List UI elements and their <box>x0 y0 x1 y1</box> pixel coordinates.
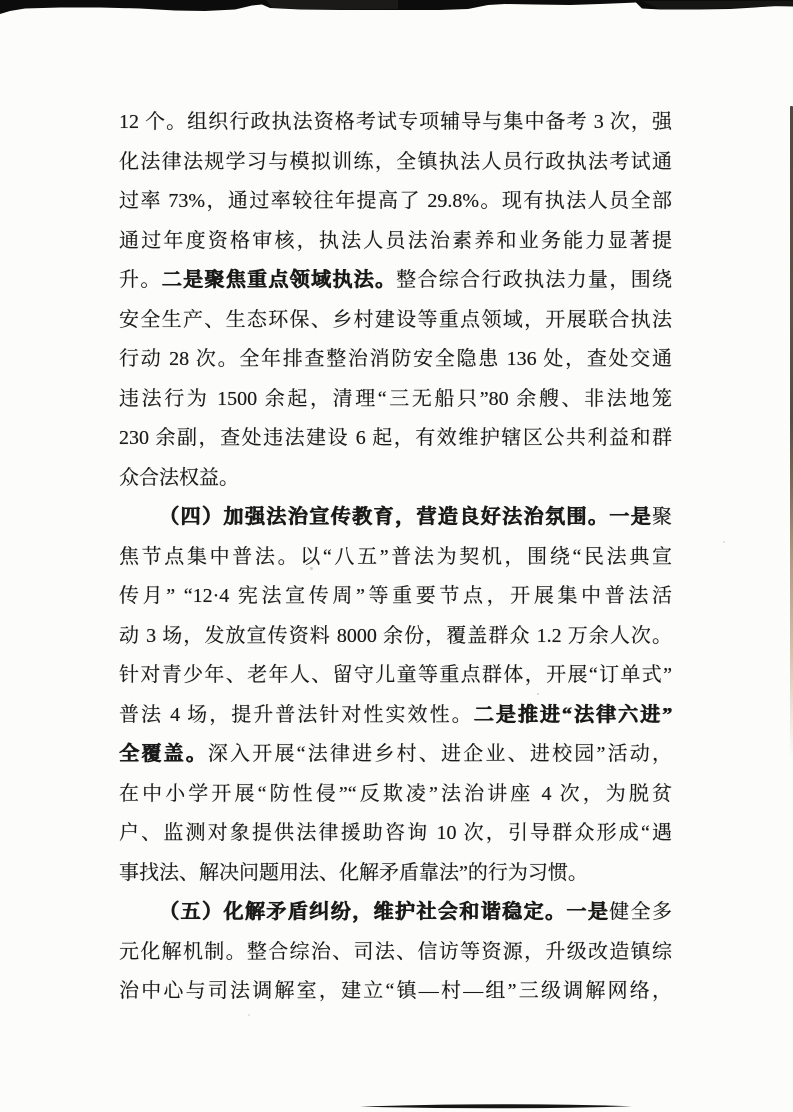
scan-artifact-top-edge <box>0 0 793 18</box>
text-line: 传月” “12·4 宪法宣传周”等重要节点，开展集中普法活 <box>119 577 672 617</box>
text-run: 升。 <box>119 269 162 291</box>
text-run: 行动 28 次。全年排查整治消防安全隐患 136 处，查处交通 <box>119 348 672 370</box>
text-line: 安全生产、生态环保、乡村建设等重点领域，开展联合执法 <box>119 301 672 341</box>
text-line: 焦节点集中普法。以“八五”普法为契机，围绕“民法典宣 <box>119 538 672 578</box>
text-line: 12 个。组织行政执法资格考试专项辅导与集中备考 3 次，强 <box>119 103 672 143</box>
text-run: 通过年度资格审核，执法人员法治素养和业务能力显著提 <box>119 230 672 252</box>
document-body-text: 12 个。组织行政执法资格考试专项辅导与集中备考 3 次，强化法律法规学习与模拟… <box>119 103 672 1012</box>
text-run: 230 余副，查处违法建设 6 起，有效维护辖区公共利益和群 <box>119 427 672 449</box>
scan-artifact-bottom-edge <box>0 1098 793 1112</box>
bold-text-run: 全覆盖。 <box>119 743 208 765</box>
text-run: 治中心与司法调解室，建立“镇—村—组”三级调解网络， <box>119 980 672 1002</box>
text-line: 治中心与司法调解室，建立“镇—村—组”三级调解网络， <box>119 972 672 1012</box>
scan-speck <box>723 541 725 543</box>
text-line: 行动 28 次。全年排查整治消防安全隐患 136 处，查处交通 <box>119 340 672 380</box>
text-run: 安全生产、生态环保、乡村建设等重点领域，开展联合执法 <box>119 309 672 331</box>
text-line: 动 3 场，发放宣传资料 8000 余份，覆盖群众 1.2 万余人次。 <box>119 617 672 657</box>
text-line: 普法 4 场，提升普法针对性实效性。二是推进“法律六进” <box>119 696 672 736</box>
text-run: 焦节点集中普法。以“八五”普法为契机，围绕“民法典宣 <box>119 546 672 568</box>
text-run: 聚 <box>652 506 672 528</box>
text-line: 违法行为 1500 余起，清理“三无船只”80 余艘、非法地笼 <box>119 380 672 420</box>
text-line: 全覆盖。深入开展“法律进乡村、进企业、进校园”活动， <box>119 735 672 775</box>
scanned-document-page: 12 个。组织行政执法资格考试专项辅导与集中备考 3 次，强化法律法规学习与模拟… <box>0 0 793 1112</box>
text-line: 通过年度资格审核，执法人员法治素养和业务能力显著提 <box>119 222 672 262</box>
text-run: 12 个。组织行政执法资格考试专项辅导与集中备考 3 次，强 <box>119 111 672 133</box>
text-run: 事找法、解决问题用法、化解矛盾靠法”的行为习惯。 <box>119 862 588 884</box>
bold-text-run: 二是推进“法律六进” <box>474 704 672 726</box>
text-run: 动 3 场，发放宣传资料 8000 余份，覆盖群众 1.2 万余人次。 <box>119 625 672 647</box>
text-run: 针对青少年、老年人、留守儿童等重点群体，开展“订单式” <box>119 664 672 686</box>
text-line: （五）化解矛盾纠纷，维护社会和谐稳定。一是健全多 <box>119 893 672 933</box>
text-run: 户、监测对象提供法律援助咨询 10 次，引导群众形成“遇 <box>119 822 672 844</box>
bold-text-run: （五）化解矛盾纠纷，维护社会和谐稳定。一是 <box>159 901 609 923</box>
text-line: 在中小学开展“防性侵”“反欺凌”法治讲座 4 次，为脱贫 <box>119 775 672 815</box>
bold-text-run: （四）加强法治宣传教育，营造良好法治氛围。一是 <box>159 506 652 528</box>
text-line: 众合法权益。 <box>119 459 672 499</box>
text-line: 针对青少年、老年人、留守儿童等重点群体，开展“订单式” <box>119 656 672 696</box>
text-run: 传月” “12·4 宪法宣传周”等重要节点，开展集中普法活 <box>119 585 672 607</box>
text-run: 元化解机制。整合综治、司法、信访等资源，升级改造镇综 <box>119 941 672 963</box>
text-line: 事找法、解决问题用法、化解矛盾靠法”的行为习惯。 <box>119 854 672 894</box>
text-run: 在中小学开展“防性侵”“反欺凌”法治讲座 4 次，为脱贫 <box>119 783 672 805</box>
bold-text-run: 二是聚焦重点领域执法。 <box>162 269 397 291</box>
text-line: （四）加强法治宣传教育，营造良好法治氛围。一是聚 <box>119 498 672 538</box>
text-run: 化法律法规学习与模拟训练，全镇执法人员行政执法考试通 <box>119 151 672 173</box>
text-line: 元化解机制。整合综治、司法、信访等资源，升级改造镇综 <box>119 933 672 973</box>
text-line: 升。二是聚焦重点领域执法。整合综合行政执法力量，围绕 <box>119 261 672 301</box>
text-run: 普法 4 场，提升普法针对性实效性。 <box>119 704 474 726</box>
text-run: 过率 73%，通过率较往年提高了 29.8%。现有执法人员全部 <box>119 190 672 212</box>
text-run: 整合综合行政执法力量，围绕 <box>396 269 672 291</box>
text-line: 230 余副，查处违法建设 6 起，有效维护辖区公共利益和群 <box>119 419 672 459</box>
text-run: 健全多 <box>609 901 672 923</box>
text-run: 违法行为 1500 余起，清理“三无船只”80 余艘、非法地笼 <box>119 388 672 410</box>
scan-speck <box>248 1014 250 1016</box>
text-line: 化法律法规学习与模拟训练，全镇执法人员行政执法考试通 <box>119 143 672 183</box>
text-line: 过率 73%，通过率较往年提高了 29.8%。现有执法人员全部 <box>119 182 672 222</box>
text-run: 深入开展“法律进乡村、进企业、进校园”活动， <box>208 743 672 765</box>
text-line: 户、监测对象提供法律援助咨询 10 次，引导群众形成“遇 <box>119 814 672 854</box>
text-run: 众合法权益。 <box>119 467 239 489</box>
